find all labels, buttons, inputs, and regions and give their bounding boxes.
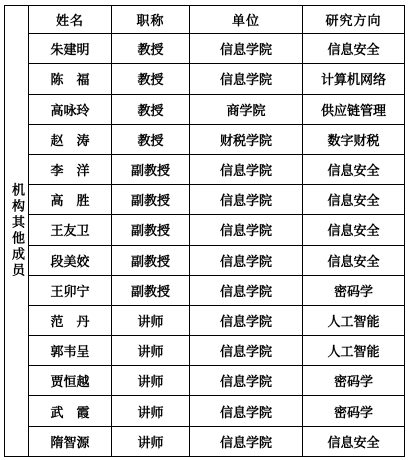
member-unit: 信息学院 bbox=[190, 154, 303, 184]
members-table-page: 机构其他成员 姓名 职称 单位 研究方向 朱建明 教授 信息学院 信息安全 陈 … bbox=[0, 0, 411, 460]
table-row: 贾恒越 讲师 信息学院 密码学 bbox=[5, 366, 405, 396]
member-name: 隋智源 bbox=[29, 426, 112, 456]
member-title: 讲师 bbox=[112, 336, 190, 366]
member-unit: 信息学院 bbox=[190, 185, 303, 215]
member-name: 朱建明 bbox=[29, 34, 112, 64]
table-row: 武 霞 讲师 信息学院 密码学 bbox=[5, 396, 405, 426]
member-unit: 信息学院 bbox=[190, 366, 303, 396]
member-research: 密码学 bbox=[303, 275, 405, 305]
member-research: 供应链管理 bbox=[303, 94, 405, 124]
member-research: 人工智能 bbox=[303, 336, 405, 366]
col-header-title: 职称 bbox=[112, 6, 190, 34]
member-unit: 信息学院 bbox=[190, 275, 303, 305]
member-research: 密码学 bbox=[303, 366, 405, 396]
member-name: 王卯宁 bbox=[29, 275, 112, 305]
member-research: 信息安全 bbox=[303, 34, 405, 64]
member-title: 副教授 bbox=[112, 215, 190, 245]
member-name: 王友卫 bbox=[29, 215, 112, 245]
group-side-label: 机构其他成员 bbox=[5, 6, 29, 457]
member-research: 计算机网络 bbox=[303, 64, 405, 94]
member-title: 讲师 bbox=[112, 396, 190, 426]
member-research: 信息安全 bbox=[303, 215, 405, 245]
member-title: 教授 bbox=[112, 124, 190, 154]
member-title: 副教授 bbox=[112, 154, 190, 184]
member-research: 人工智能 bbox=[303, 305, 405, 335]
member-research: 数字财税 bbox=[303, 124, 405, 154]
member-unit: 信息学院 bbox=[190, 215, 303, 245]
member-name: 郭韦呈 bbox=[29, 336, 112, 366]
member-unit: 信息学院 bbox=[190, 336, 303, 366]
table-row: 段美姣 副教授 信息学院 信息安全 bbox=[5, 245, 405, 275]
table-row: 范 丹 讲师 信息学院 人工智能 bbox=[5, 305, 405, 335]
member-unit: 商学院 bbox=[190, 94, 303, 124]
member-name: 武 霞 bbox=[29, 396, 112, 426]
member-unit: 信息学院 bbox=[190, 64, 303, 94]
table-row: 朱建明 教授 信息学院 信息安全 bbox=[5, 34, 405, 64]
member-research: 信息安全 bbox=[303, 426, 405, 456]
member-title: 副教授 bbox=[112, 275, 190, 305]
member-research: 密码学 bbox=[303, 396, 405, 426]
table-row: 高 胜 副教授 信息学院 信息安全 bbox=[5, 185, 405, 215]
member-research: 信息安全 bbox=[303, 185, 405, 215]
table-row: 王友卫 副教授 信息学院 信息安全 bbox=[5, 215, 405, 245]
member-unit: 信息学院 bbox=[190, 34, 303, 64]
col-header-unit: 单位 bbox=[190, 6, 303, 34]
member-title: 讲师 bbox=[112, 426, 190, 456]
col-header-name: 姓名 bbox=[29, 6, 112, 34]
member-title: 教授 bbox=[112, 64, 190, 94]
member-unit: 信息学院 bbox=[190, 426, 303, 456]
table-row: 高咏玲 教授 商学院 供应链管理 bbox=[5, 94, 405, 124]
table-row: 郭韦呈 讲师 信息学院 人工智能 bbox=[5, 336, 405, 366]
table-row: 隋智源 讲师 信息学院 信息安全 bbox=[5, 426, 405, 456]
table-row: 陈 福 教授 信息学院 计算机网络 bbox=[5, 64, 405, 94]
member-name: 李 洋 bbox=[29, 154, 112, 184]
member-title: 副教授 bbox=[112, 245, 190, 275]
member-title: 讲师 bbox=[112, 305, 190, 335]
table-row: 李 洋 副教授 信息学院 信息安全 bbox=[5, 154, 405, 184]
member-unit: 信息学院 bbox=[190, 396, 303, 426]
member-unit: 信息学院 bbox=[190, 245, 303, 275]
member-research: 信息安全 bbox=[303, 154, 405, 184]
member-name: 贾恒越 bbox=[29, 366, 112, 396]
table-row: 王卯宁 副教授 信息学院 密码学 bbox=[5, 275, 405, 305]
member-unit: 财税学院 bbox=[190, 124, 303, 154]
member-research: 信息安全 bbox=[303, 245, 405, 275]
member-title: 教授 bbox=[112, 94, 190, 124]
member-name: 范 丹 bbox=[29, 305, 112, 335]
member-title: 讲师 bbox=[112, 366, 190, 396]
table-row: 赵 涛 教授 财税学院 数字财税 bbox=[5, 124, 405, 154]
member-title: 教授 bbox=[112, 34, 190, 64]
members-table: 机构其他成员 姓名 职称 单位 研究方向 朱建明 教授 信息学院 信息安全 陈 … bbox=[4, 5, 405, 457]
member-title: 副教授 bbox=[112, 185, 190, 215]
member-unit: 信息学院 bbox=[190, 305, 303, 335]
member-name: 段美姣 bbox=[29, 245, 112, 275]
member-name: 高 胜 bbox=[29, 185, 112, 215]
member-name: 高咏玲 bbox=[29, 94, 112, 124]
member-name: 赵 涛 bbox=[29, 124, 112, 154]
member-name: 陈 福 bbox=[29, 64, 112, 94]
col-header-research: 研究方向 bbox=[303, 6, 405, 34]
